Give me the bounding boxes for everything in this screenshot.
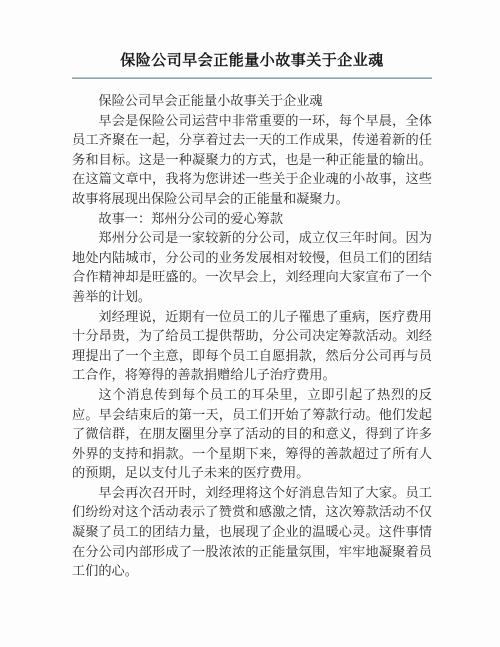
document-body: 保险公司早会正能量小故事关于企业魂 早会是保险公司运营中非常重要的一环，每个早晨… bbox=[72, 91, 432, 581]
paragraph: 早会再次召开时，刘经理将这个好消息告知了大家。员工们纷纷对这个活动表示了赞赏和感… bbox=[72, 483, 432, 581]
paragraph: 早会是保险公司运营中非常重要的一环，每个早晨，全体员工齐聚在一起，分享着过去一天… bbox=[72, 111, 432, 209]
paragraph: 郑州分公司是一家较新的分公司，成立仅三年时间。因为地处内陆城市，分公司的业务发展… bbox=[72, 228, 432, 306]
document-page: 保险公司早会正能量小故事关于企业魂 保险公司早会正能量小故事关于企业魂 早会是保… bbox=[0, 0, 500, 647]
title-divider bbox=[72, 77, 432, 79]
paragraph: 这个消息传到每个员工的耳朵里，立即引起了热烈的反应。早会结束后的第一天，员工们开… bbox=[72, 385, 432, 483]
paragraph: 保险公司早会正能量小故事关于企业魂 bbox=[72, 91, 432, 111]
paragraph: 故事一：郑州分公司的爱心筹款 bbox=[72, 209, 432, 229]
document-title: 保险公司早会正能量小故事关于企业魂 bbox=[72, 50, 432, 77]
paragraph: 刘经理说，近期有一位员工的儿子罹患了重病，医疗费用十分昂贵，为了给员工提供帮助，… bbox=[72, 307, 432, 385]
